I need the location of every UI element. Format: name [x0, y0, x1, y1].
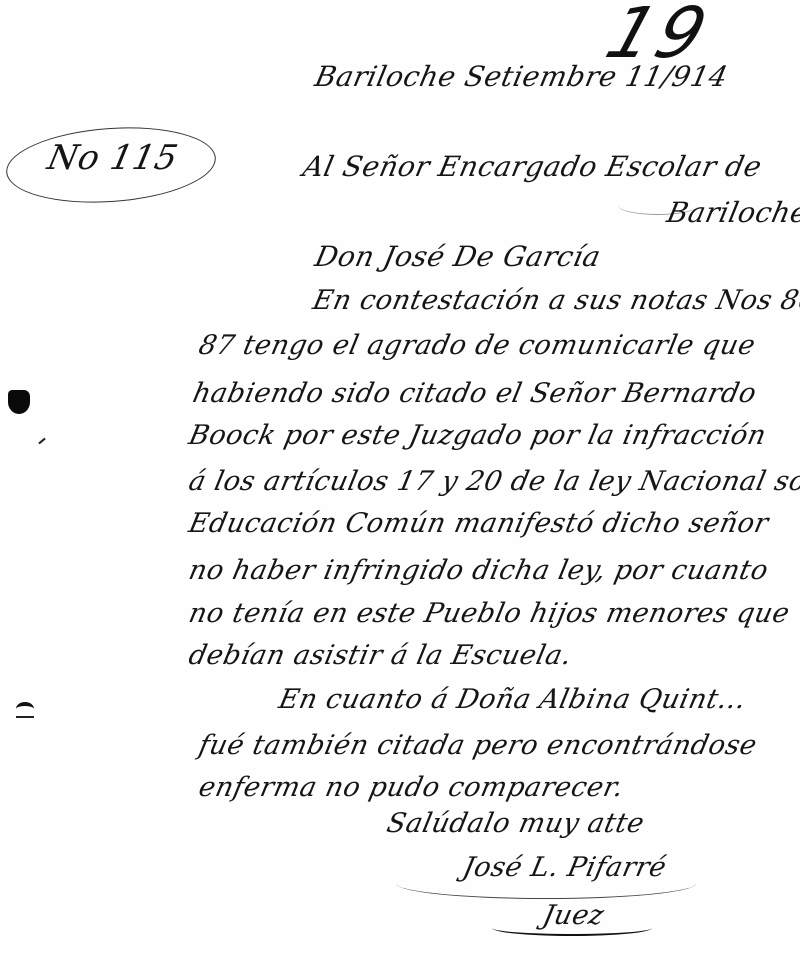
letter-page: 19 No 115 Bariloche Setiembre 11/914 Al …: [0, 0, 800, 968]
closing: Salúdalo muy atte: [384, 808, 647, 839]
body-line: no haber infringido dicha ley, por cuant…: [186, 555, 771, 586]
body-line: habiendo sido citado el Señor Bernardo: [190, 378, 759, 409]
addressee-line-1: Al Señor Encargado Escolar de: [300, 150, 765, 183]
margin-mark: [16, 716, 34, 718]
margin-mark: [38, 438, 45, 445]
reference-number: No 115: [44, 138, 181, 178]
ink-blot: [8, 390, 30, 414]
body-line: debían asistir á la Escuela.: [186, 640, 575, 671]
place-date: Bariloche Setiembre 11/914: [312, 60, 731, 93]
body-line: no tenía en este Pueblo hijos menores qu…: [186, 598, 793, 629]
body-line: Boock por este Juzgado por la infracción: [186, 420, 769, 451]
body-line: Educación Común manifestó dicho señor: [186, 508, 771, 539]
body-line: fué también citada pero encontrándose: [196, 730, 760, 761]
addressee-line-2: Bariloche: [664, 196, 800, 229]
signature-flourish: [396, 868, 696, 899]
body-line: á los artículos 17 y 20 de la ley Nacion…: [186, 466, 800, 497]
body-line: 87 tengo el agrado de comunicarle que: [196, 330, 758, 361]
addressee-line-3: Don José De García: [312, 240, 604, 273]
body-line: En contestación a sus notas Nos 86 y: [310, 285, 800, 316]
body-line: enferma no pudo comparecer.: [196, 772, 627, 803]
body-line: En cuanto á Doña Albina Quint...: [276, 684, 749, 715]
signature-underline: [492, 920, 652, 936]
margin-mark: [16, 702, 34, 716]
